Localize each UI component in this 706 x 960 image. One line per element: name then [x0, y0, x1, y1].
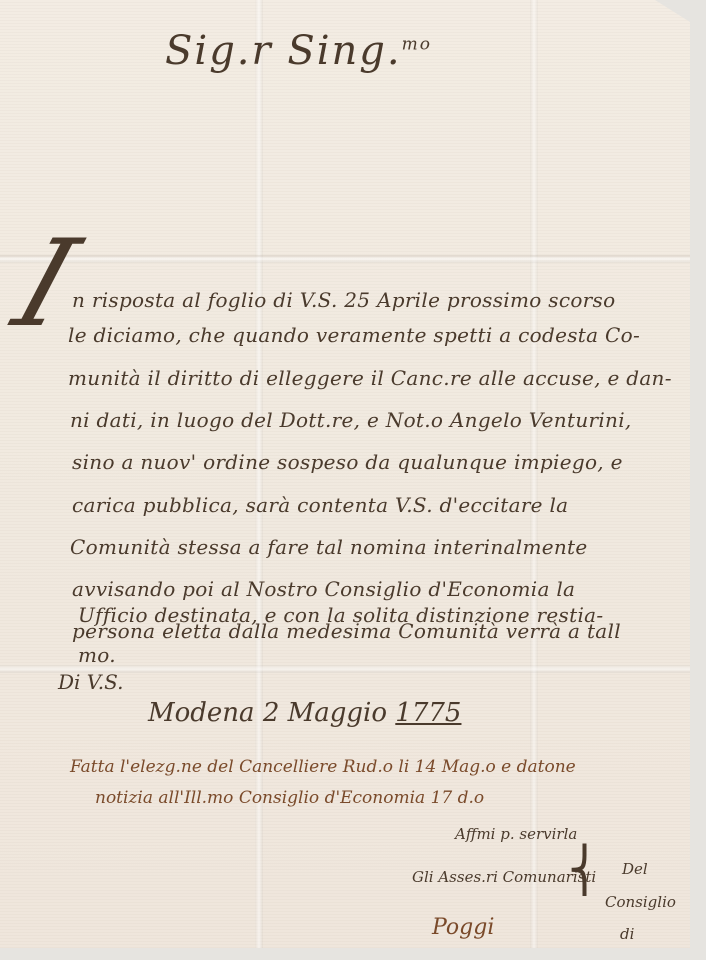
- salutation-superscript: mo: [402, 35, 432, 55]
- council-label: Del: [622, 860, 648, 878]
- salutation: Sig.r Sing.mo: [165, 28, 432, 74]
- council-label: di: [620, 925, 634, 943]
- month: Maggio: [288, 698, 387, 728]
- fold-shadow: [0, 255, 690, 257]
- salutation-text: Sig.r Sing.: [165, 28, 402, 74]
- fold-line-vertical: [530, 0, 538, 948]
- body-line: mo.: [78, 643, 116, 667]
- annotation-line: Fatta l'elezg.ne del Cancelliere Rud.o l…: [70, 757, 576, 777]
- place: Modena: [148, 698, 255, 728]
- body-line: munità il diritto di elleggere il Canc.r…: [68, 366, 672, 390]
- day: 2: [263, 698, 280, 728]
- valediction: Affmi p. servirla: [455, 825, 577, 843]
- body-line: Ufficio destinata, e con la solita disti…: [78, 603, 603, 627]
- body-line: ni dati, in luogo del Dott.re, e Not.o A…: [70, 408, 632, 432]
- body-line: carica pubblica, sarà contenta V.S. d'ec…: [72, 493, 568, 517]
- body-line: Comunità stessa a fare tal nomina interi…: [70, 535, 588, 559]
- council-label: Consiglio: [605, 893, 676, 911]
- place-date: Modena 2 Maggio 1775: [148, 698, 461, 728]
- body-line: avvisando poi al Nostro Consiglio d'Econ…: [72, 577, 575, 601]
- body-line: n risposta al foglio di V.S. 25 Aprile p…: [72, 288, 615, 312]
- closing: Di V.S.: [58, 670, 123, 694]
- fold-line-horizontal: [0, 255, 690, 263]
- letter-sheet: Sig.r Sing.mo I n risposta al foglio di …: [0, 0, 690, 948]
- year: 1775: [395, 698, 461, 728]
- annotation-line: notizia all'Ill.mo Consiglio d'Economia …: [95, 788, 484, 808]
- signature: Poggi: [432, 915, 494, 940]
- body-line: sino a nuov' ordine sospeso da qualunque…: [72, 450, 623, 474]
- brace: ⎨: [568, 845, 601, 896]
- body-line: le diciamo, che quando veramente spetti …: [68, 323, 640, 347]
